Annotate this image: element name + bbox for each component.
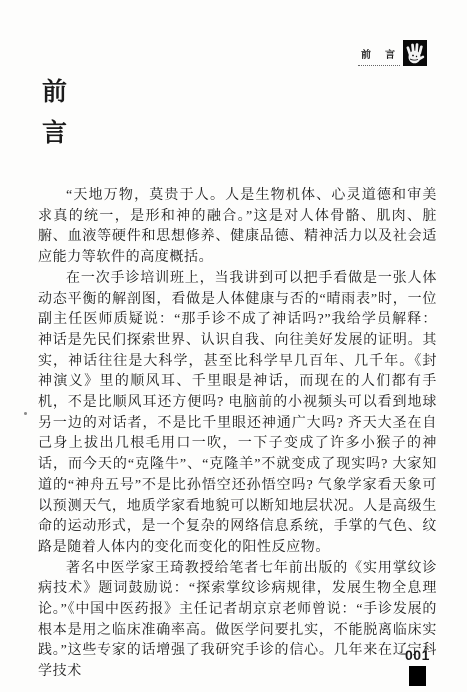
paragraph-2: 在一次手诊培训班上，当我讲到可以把手看做是一张人体动态平衡的解剖图，看做是人体健…: [38, 269, 437, 559]
page-number: 001: [405, 647, 430, 663]
book-page: 前 言 前 言: [0, 0, 467, 692]
paragraph-3: 著名中医学家王琦教授给笔者七年前出版的《实用掌纹诊病技术》题词鼓励说：“探索掌纹…: [38, 559, 437, 683]
paragraph-1: “天地万物，莫贵于人。人是生物机体、心灵道德和审美求真的统一，是形和神的融合。”…: [38, 186, 437, 269]
header-section-label: 前 言: [358, 46, 400, 66]
title-char-yan: 言: [42, 113, 67, 154]
page-title: 前 言: [42, 72, 67, 154]
page-header: 前 言: [358, 40, 427, 66]
handprint-icon: [403, 40, 427, 66]
body-text: “天地万物，莫贵于人。人是生物机体、心灵道德和审美求真的统一，是形和神的融合。”…: [38, 186, 437, 683]
footer-tab-block: [409, 666, 426, 686]
print-artifact-dot: [24, 412, 27, 415]
title-char-qian: 前: [42, 72, 67, 113]
